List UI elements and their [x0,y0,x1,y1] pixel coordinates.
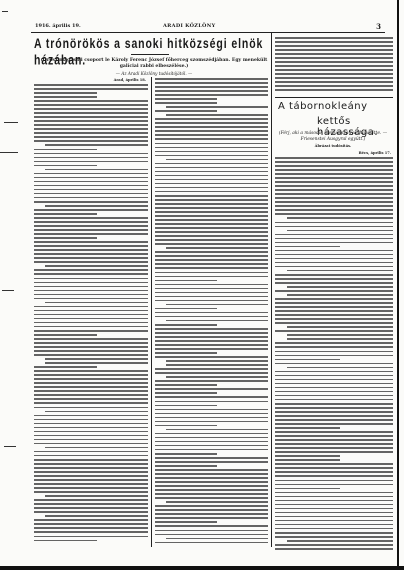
text-line [155,340,268,342]
text-line [34,140,148,142]
text-line [287,540,393,542]
text-line [166,159,268,161]
text-line [155,110,217,112]
text-line [275,165,393,167]
text-line [34,229,148,231]
text-line [275,177,393,179]
text-line [155,497,268,499]
text-line [34,479,148,481]
text-line [155,324,217,326]
text-line [34,84,148,86]
text-line [34,310,148,312]
text-line [34,427,148,429]
text-line [275,57,393,59]
text-line [34,189,148,191]
dateline: Arad, április 18. [34,78,146,82]
text-line [166,114,268,116]
text-line [275,512,393,514]
text-line [155,147,268,149]
text-line [275,342,393,344]
text-line [287,326,393,328]
text-line [155,445,268,447]
text-line [275,492,393,494]
text-line [34,294,148,296]
text-line [275,447,393,449]
text-line [275,310,393,312]
text-line [155,187,268,189]
text-line [45,362,148,364]
text-line [275,500,393,502]
article-columns: A trónörökös a sanoki hitközségi elnök h… [31,33,385,553]
text-line [34,386,148,388]
text-line [34,370,148,372]
text-line [275,185,393,187]
text-line [275,157,393,159]
text-line [34,523,148,525]
text-line [34,221,148,223]
text-line [155,396,268,398]
text-line [275,411,393,413]
text-line [275,89,393,91]
text-line [45,495,148,497]
text-line [155,118,268,120]
text-line [155,126,268,128]
text-line [34,499,148,501]
text-line [34,237,97,239]
text-line [287,294,393,296]
text-line [275,222,393,224]
text-line [155,336,268,338]
text-line [275,351,393,353]
text-line [34,225,148,227]
lead-article-byline: — Az Aradi Közlöny tudósítójától. — [37,71,271,76]
text-line [275,403,393,405]
text-line [166,364,268,366]
text-line [155,276,268,278]
text-line [155,352,217,354]
text-line [275,322,393,324]
body-text [155,78,268,543]
scan-artifact [2,11,8,12]
text-line [155,413,268,415]
body-text [275,37,393,91]
text-line [275,480,393,482]
column-divider [151,77,152,547]
text-line [34,278,148,280]
text-line [34,354,148,356]
text-line [275,258,393,260]
body-text [34,84,148,541]
text-line [34,475,148,477]
text-line [155,130,268,132]
text-line [275,488,340,490]
text-line [155,300,268,302]
text-line [34,112,148,114]
text-line [155,344,268,346]
text-line [275,439,393,441]
text-line [275,161,393,163]
text-line [275,45,393,47]
title-divider [131,54,169,55]
text-line [275,242,393,244]
text-line [275,278,393,280]
text-line [155,207,268,209]
text-line [34,503,148,505]
text-line [45,265,148,267]
text-line [34,153,148,155]
text-line [275,262,393,264]
text-line [275,85,393,87]
text-line [34,249,148,251]
text-line [34,314,148,316]
text-line [34,136,148,138]
text-line [275,298,393,300]
text-line [34,253,148,255]
text-line [275,234,393,236]
page-number: 3 [376,22,381,31]
text-line [155,259,268,261]
text-line [155,457,268,459]
text-line [275,431,393,433]
text-line [34,116,148,118]
text-line [34,382,148,384]
text-line [155,219,268,221]
text-line [34,217,148,219]
text-line [155,509,268,511]
text-line [34,318,148,320]
scan-artifact [2,290,14,291]
side-article-subtitle: (Férj, aki a második menyasszonyát hazav… [275,131,391,142]
paper-name: ARADI KÖZLÖNY [163,23,215,29]
text-line [34,282,148,284]
text-line [155,267,268,269]
text-line [155,461,268,463]
text-line [34,483,148,485]
text-line [155,94,268,96]
text-line [155,231,268,233]
text-line [275,254,393,256]
text-line [155,328,268,330]
text-line [155,392,217,394]
text-line [155,421,268,423]
text-line [155,223,268,225]
text-line [155,316,268,318]
text-line [155,481,268,483]
text-line [155,517,268,519]
scan-artifact [4,446,16,447]
text-line [34,201,148,203]
text-line [155,191,268,193]
text-line [34,463,148,465]
text-line [34,471,148,473]
text-line [287,334,393,336]
text-line [275,346,393,348]
text-line [155,521,217,523]
text-line [275,443,393,445]
text-line [155,441,268,443]
text-line [34,519,148,521]
text-line [155,405,217,407]
text-line [34,419,148,421]
text-line [287,230,393,232]
text-line [34,536,148,538]
text-line [275,246,340,248]
text-line [275,306,393,308]
text-line [155,171,268,173]
text-line [275,169,393,171]
text-line [155,203,268,205]
text-line [155,296,268,298]
text-line [34,390,148,392]
text-line [34,108,148,110]
text-line [155,122,268,124]
text-line [155,292,268,294]
dateline: Bécs, április 17. [275,151,391,155]
text-line [155,409,268,411]
text-line [155,485,268,487]
text-line [155,401,268,403]
text-line [34,342,148,344]
text-line [155,368,268,370]
text-line [155,272,268,274]
text-line [275,37,393,39]
text-line [34,322,148,324]
text-line [34,209,148,211]
text-line [275,61,393,63]
text-line [155,195,268,197]
text-line [34,181,148,183]
text-line [275,318,393,320]
text-line [155,143,268,145]
text-line [155,155,268,157]
scan-artifact [0,152,18,153]
text-line [275,435,393,437]
article-divider [275,97,393,98]
text-line [155,288,268,290]
text-line [34,467,148,469]
text-line [155,332,268,334]
text-line [34,257,148,259]
text-line [275,363,393,365]
text-line [45,169,148,171]
page-header: 1916. április 19. ARADI KÖZLÖNY 3 [31,22,385,33]
text-line [45,358,148,360]
text-line [166,320,268,322]
text-line [155,356,268,358]
text-line [34,366,97,368]
text-line [34,507,148,509]
text-line [155,179,268,181]
text-line [155,235,268,237]
text-line [155,312,268,314]
text-line [155,78,268,80]
text-line [45,447,148,449]
text-line [155,243,268,245]
text-line [275,496,393,498]
text-line [155,465,217,467]
text-line [34,334,97,336]
text-line [34,459,148,461]
text-line [34,298,148,300]
text-line [275,548,393,550]
scan-edge [0,566,404,570]
text-line [275,536,393,538]
text-line [155,151,268,153]
text-line [275,73,393,75]
text-line [34,120,148,122]
text-line [275,69,393,71]
text-line [155,138,268,140]
text-line [34,435,148,437]
text-line [34,346,148,348]
text-line [275,238,393,240]
continued-text [275,37,393,97]
text-line [155,167,268,169]
text-line [275,226,393,228]
text-line [34,407,148,409]
text-line [275,532,393,534]
text-line [275,419,393,421]
text-line [34,394,148,396]
text-line [155,255,268,257]
text-line [166,376,268,378]
side-article-title: A tábornokleány kettős házassága. [275,101,393,131]
text-line [34,233,148,235]
text-line [155,163,268,165]
text-line [34,165,97,167]
column-divider [271,33,272,547]
text-line [275,314,393,316]
side-article-body: Bécs, április 17. [275,151,393,551]
text-line [275,213,393,215]
text-line [155,227,268,229]
text-line [287,286,393,288]
text-line [155,239,268,241]
text-line [155,473,268,475]
text-line [275,65,393,67]
text-line [34,423,148,425]
text-line [275,302,393,304]
text-line [287,338,393,340]
text-line [155,469,268,471]
text-line [155,280,217,282]
text-line [275,459,340,461]
issue-date: 1916. április 19. [35,23,81,29]
text-line [155,542,268,544]
text-line [155,493,268,495]
text-line [275,81,393,83]
text-line [275,290,393,292]
text-line [34,402,148,404]
text-line [34,455,148,457]
text-line [275,524,393,526]
text-line [275,463,393,465]
text-line [275,528,393,530]
text-line [34,197,148,199]
text-line [34,350,148,352]
text-line [275,508,393,510]
text-line [34,431,148,433]
text-line [166,501,268,503]
text-line [275,484,393,486]
text-line [45,515,148,517]
text-line [275,193,393,195]
text-line [155,175,268,177]
text-line [34,161,148,163]
text-line [155,388,268,390]
text-line [155,489,268,491]
text-line [34,261,148,263]
text-line [275,41,393,43]
text-line [34,173,148,175]
text-line [155,380,268,382]
text-line [275,383,393,385]
text-line [275,415,393,417]
text-line [275,355,393,357]
text-line [34,92,97,94]
text-line [275,391,393,393]
text-line [155,425,217,427]
text-line [34,185,148,187]
text-line [275,209,393,211]
text-line [34,245,148,247]
text-line [34,398,148,400]
text-line [166,247,268,249]
text-line [34,213,97,215]
text-line [275,544,393,546]
text-line [155,534,268,536]
text-line [34,149,97,151]
text-line [155,505,268,507]
text-line [275,330,393,332]
text-line [45,144,148,146]
text-line [34,531,148,533]
text-line [34,273,148,275]
text-line [34,374,148,376]
text-line [275,387,393,389]
text-line [275,423,393,425]
text-line [34,290,148,292]
text-line [34,378,148,380]
text-line [155,102,217,104]
text-line [34,511,148,513]
text-line [275,282,393,284]
text-line [34,326,148,328]
text-line [275,53,393,55]
text-line [34,439,148,441]
text-line [34,157,148,159]
text-line [155,477,268,479]
text-line [34,491,148,493]
text-line [275,399,393,401]
text-line [155,183,268,185]
text-line [275,475,393,477]
text-line [34,241,148,243]
body-text [275,157,393,550]
text-line [275,379,393,381]
newspaper-page: 1916. április 19. ARADI KÖZLÖNY 3 A trón… [31,22,385,553]
text-line [34,132,148,134]
text-line [155,449,268,451]
text-line [34,193,148,195]
text-line [34,415,148,417]
text-line [275,189,393,191]
text-line [275,375,393,377]
text-line [155,513,268,515]
text-line [155,82,268,84]
text-line [287,367,393,369]
text-line [275,427,340,429]
